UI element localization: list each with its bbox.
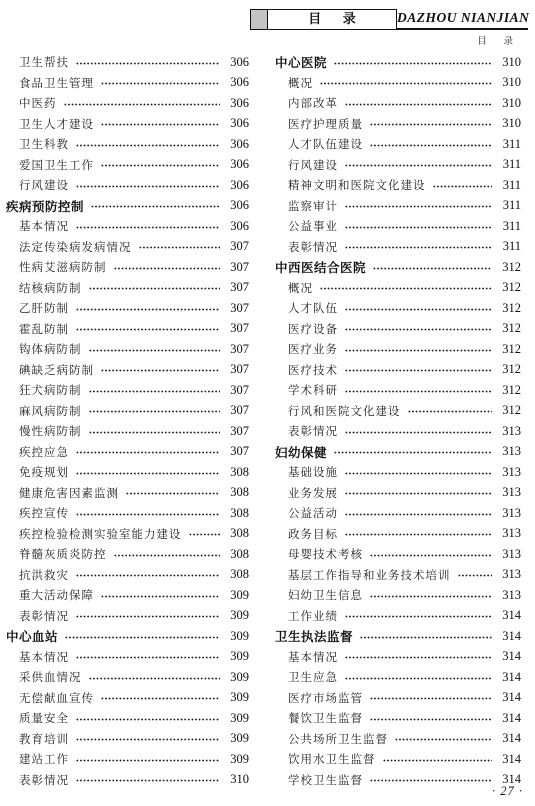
toc-entry: 业务发展313 — [275, 483, 521, 504]
toc-entry-page: 309 — [225, 731, 249, 746]
toc-entry-page: 314 — [497, 752, 521, 767]
dotted-leader — [101, 123, 220, 126]
toc-entry: 免疫规划308 — [6, 462, 249, 483]
toc-entry: 重大活动保障309 — [6, 585, 249, 606]
toc-entry-page: 308 — [225, 506, 249, 521]
toc-entry: 疾控应急307 — [6, 442, 249, 463]
toc-entry-title: 钩体病防制 — [6, 341, 82, 357]
toc-entry-title: 重大活动保障 — [6, 587, 94, 603]
dotted-leader — [320, 287, 492, 290]
dotted-leader — [345, 472, 492, 475]
toc-entry: 人才队伍建设311 — [275, 134, 521, 155]
dotted-leader — [345, 103, 492, 106]
toc-entry-page: 309 — [225, 608, 249, 623]
toc-entry-title: 卫生执法监督 — [275, 627, 353, 645]
toc-entry-page: 310 — [225, 772, 249, 787]
running-head-label: 目 录 — [470, 33, 520, 47]
toc-entry-title: 概况 — [275, 280, 313, 296]
toc-entry: 医疗业务312 — [275, 339, 521, 360]
dotted-leader — [370, 123, 492, 126]
dotted-leader — [76, 328, 220, 331]
toc-entry-title: 中西医结合医院 — [275, 258, 366, 276]
toc-entry-title: 业务发展 — [275, 485, 338, 501]
dotted-leader — [101, 369, 220, 372]
dotted-leader — [76, 718, 220, 721]
toc-entry: 法定传染病发病情况307 — [6, 237, 249, 258]
toc-entry-page: 311 — [497, 239, 521, 254]
dotted-leader — [76, 308, 220, 311]
toc-entry-page: 306 — [225, 96, 249, 111]
dotted-leader — [101, 164, 220, 167]
toc-entry-title: 监察审计 — [275, 198, 338, 214]
toc-entry: 餐饮卫生监督314 — [275, 708, 521, 729]
toc-entry-title: 采供血情况 — [6, 669, 82, 685]
toc-entry: 概况310 — [275, 73, 521, 94]
toc-entry: 质量安全309 — [6, 708, 249, 729]
toc-entry-title: 无偿献血宣传 — [6, 690, 94, 706]
toc-entry-title: 行风和医院文化建设 — [275, 403, 401, 419]
dotted-leader — [76, 779, 220, 782]
header-gray-cell — [251, 10, 268, 29]
toc-entry: 采供血情况309 — [6, 667, 249, 688]
dotted-leader — [345, 492, 492, 495]
dotted-leader — [345, 308, 492, 311]
toc-entry-title: 卫生帮扶 — [6, 54, 69, 70]
dotted-leader — [345, 615, 492, 618]
toc-entry: 疾控检验检测实验室能力建设308 — [6, 524, 249, 545]
toc-column-left: 卫生帮扶306食品卫生管理306中医药306卫生人才建设306卫生科教306爱国… — [6, 52, 249, 790]
dotted-leader — [383, 759, 493, 762]
toc-entry-page: 306 — [225, 157, 249, 172]
dotted-leader — [345, 349, 492, 352]
toc-entry-title: 乙肝防制 — [6, 300, 69, 316]
toc-entry-page: 311 — [497, 157, 521, 172]
book-title: DAZHOU NIANJIAN — [397, 10, 528, 26]
dotted-leader — [373, 267, 492, 270]
toc-entry-page: 313 — [497, 506, 521, 521]
toc-entry: 基础设施313 — [275, 462, 521, 483]
toc-entry: 公益事业311 — [275, 216, 521, 237]
toc-entry-page: 308 — [225, 567, 249, 582]
toc-entry-page: 306 — [225, 75, 249, 90]
toc-entry-title: 爱国卫生工作 — [6, 157, 94, 173]
toc-entry-title: 表彰情况 — [6, 608, 69, 624]
toc-entry-page: 307 — [225, 424, 249, 439]
toc-entry-title: 免疫规划 — [6, 464, 69, 480]
toc-entry: 脊髓灰质炎防控308 — [6, 544, 249, 565]
dotted-leader — [345, 431, 492, 434]
toc-entry-title: 饮用水卫生监督 — [275, 751, 376, 767]
toc-entry-title: 表彰情况 — [6, 772, 69, 788]
toc-entry-title: 表彰情况 — [275, 239, 338, 255]
toc-entry-page: 314 — [497, 670, 521, 685]
toc-entry: 妇幼卫生信息313 — [275, 585, 521, 606]
toc-entry-page: 307 — [225, 444, 249, 459]
dotted-leader — [114, 554, 221, 557]
toc-entry: 爱国卫生工作306 — [6, 155, 249, 176]
dotted-leader — [89, 431, 221, 434]
toc-entry-page: 307 — [225, 301, 249, 316]
toc-entry-page: 313 — [497, 526, 521, 541]
toc-entry-title: 结核病防制 — [6, 280, 82, 296]
dotted-leader — [360, 636, 492, 639]
toc-entry: 性病艾滋病防制307 — [6, 257, 249, 278]
toc-entry-page: 313 — [497, 444, 521, 459]
toc-entry-title: 医疗技术 — [275, 362, 338, 378]
dotted-leader — [370, 697, 492, 700]
toc-entry: 学术科研312 — [275, 380, 521, 401]
dotted-leader — [345, 164, 492, 167]
toc-entry: 麻风病防制307 — [6, 401, 249, 422]
toc-entry: 内部改革310 — [275, 93, 521, 114]
toc-entry-page: 311 — [497, 219, 521, 234]
toc-entry-page: 307 — [225, 260, 249, 275]
toc-entry: 无偿献血宣传309 — [6, 688, 249, 709]
toc-entry-title: 碘缺乏病防制 — [6, 362, 94, 378]
toc-entry-title: 内部改革 — [275, 95, 338, 111]
toc-entry: 表彰情况311 — [275, 237, 521, 258]
toc-entry-page: 309 — [225, 690, 249, 705]
dotted-leader — [65, 636, 220, 639]
toc-entry-page: 313 — [497, 465, 521, 480]
toc-entry-title: 质量安全 — [6, 710, 69, 726]
toc-entry-title: 霍乱防制 — [6, 321, 69, 337]
toc-entry-title: 建站工作 — [6, 751, 69, 767]
toc-entry-page: 306 — [225, 219, 249, 234]
toc-entry-title: 公共场所卫生监督 — [275, 731, 388, 747]
toc-entry-title: 行风建设 — [275, 157, 338, 173]
dotted-leader — [89, 390, 221, 393]
toc-entry-title: 医疗业务 — [275, 341, 338, 357]
toc-entry-title: 食品卫生管理 — [6, 75, 94, 91]
toc-entry: 医疗设备312 — [275, 319, 521, 340]
dotted-leader — [345, 390, 492, 393]
dotted-leader — [76, 759, 220, 762]
toc-entry-page: 309 — [225, 649, 249, 664]
toc-entry-page: 314 — [497, 711, 521, 726]
toc-entry-page: 307 — [225, 280, 249, 295]
page-number: · 27 · — [492, 784, 523, 799]
toc-entry: 慢性病防制307 — [6, 421, 249, 442]
toc-entry: 钩体病防制307 — [6, 339, 249, 360]
toc-entry-page: 308 — [225, 547, 249, 562]
toc-entry-title: 抗洪救灾 — [6, 567, 69, 583]
dotted-leader — [345, 513, 492, 516]
dotted-leader — [89, 677, 221, 680]
toc-entry-title: 医疗设备 — [275, 321, 338, 337]
dotted-leader — [370, 779, 492, 782]
toc-entry: 表彰情况309 — [6, 606, 249, 627]
toc-entry-page: 314 — [497, 731, 521, 746]
toc-entry: 碘缺乏病防制307 — [6, 360, 249, 381]
toc-entry: 学校卫生监督314 — [275, 770, 521, 791]
dotted-leader — [334, 451, 492, 454]
toc-entry-title: 基本情况 — [275, 649, 338, 665]
toc-entry-page: 308 — [225, 465, 249, 480]
toc-entry-title: 概况 — [275, 75, 313, 91]
toc-entry-title: 妇幼保健 — [275, 443, 327, 461]
toc-entry-page: 309 — [225, 670, 249, 685]
toc-entry: 概况312 — [275, 278, 521, 299]
dotted-leader — [345, 205, 492, 208]
toc-entry: 政务目标313 — [275, 524, 521, 545]
toc-section-entry: 卫生执法监督314 — [275, 626, 521, 647]
toc-entry-page: 311 — [497, 198, 521, 213]
toc-entry-title: 基层工作指导和业务技术培训 — [275, 567, 451, 583]
toc-entry: 基层工作指导和业务技术培训313 — [275, 565, 521, 586]
dotted-leader — [320, 82, 492, 85]
toc-entry-page: 314 — [497, 608, 521, 623]
toc-entry-page: 312 — [497, 260, 521, 275]
toc-entry-page: 307 — [225, 321, 249, 336]
toc-entry-page: 313 — [497, 567, 521, 582]
toc-entry: 基本情况309 — [6, 647, 249, 668]
toc-entry-title: 慢性病防制 — [6, 423, 82, 439]
dotted-leader — [433, 185, 493, 188]
toc-entry: 狂犬病防制307 — [6, 380, 249, 401]
dotted-leader — [126, 492, 220, 495]
toc-entry: 卫生科教306 — [6, 134, 249, 155]
toc-entry: 监察审计311 — [275, 196, 521, 217]
dotted-leader — [76, 62, 220, 65]
toc-entry-page: 306 — [225, 116, 249, 131]
toc-entry-page: 307 — [225, 239, 249, 254]
toc-entry-title: 基本情况 — [6, 218, 69, 234]
dotted-leader — [76, 574, 220, 577]
toc-entry-title: 基础设施 — [275, 464, 338, 480]
toc-entry-page: 312 — [497, 383, 521, 398]
toc-header-title: 目 录 — [268, 10, 396, 29]
toc-entry-page: 307 — [225, 403, 249, 418]
dotted-leader — [89, 287, 221, 290]
toc-section-entry: 妇幼保健313 — [275, 442, 521, 463]
toc-entry: 公共场所卫生监督314 — [275, 729, 521, 750]
toc-entry-title: 中医药 — [6, 95, 57, 111]
toc-entry: 教育培训309 — [6, 729, 249, 750]
dotted-leader — [370, 595, 492, 598]
toc-entry-title: 人才队伍建设 — [275, 136, 363, 152]
toc-entry-page: 312 — [497, 321, 521, 336]
dotted-leader — [89, 410, 221, 413]
toc-entry-title: 卫生人才建设 — [6, 116, 94, 132]
toc-entry-title: 公益活动 — [275, 505, 338, 521]
toc-entry-page: 307 — [225, 362, 249, 377]
dotted-leader — [76, 656, 220, 659]
toc-header-box: 目 录 — [250, 9, 397, 30]
toc-entry: 母婴技术考核313 — [275, 544, 521, 565]
dotted-leader — [139, 246, 221, 249]
toc-entry-title: 妇幼卫生信息 — [275, 587, 363, 603]
toc-entry-title: 法定传染病发病情况 — [6, 239, 132, 255]
dotted-leader — [345, 246, 492, 249]
toc-entry-title: 中心医院 — [275, 53, 327, 71]
toc-entry: 医疗护理质量310 — [275, 114, 521, 135]
toc-entry-title: 疾控宣传 — [6, 505, 69, 521]
toc-section-entry: 中西医结合医院312 — [275, 257, 521, 278]
toc-entry-page: 310 — [497, 96, 521, 111]
dotted-leader — [345, 226, 492, 229]
toc-entry: 建站工作309 — [6, 749, 249, 770]
toc-entry-title: 卫生科教 — [6, 136, 69, 152]
dotted-leader — [345, 677, 492, 680]
toc-entry-title: 性病艾滋病防制 — [6, 259, 107, 275]
toc-entry: 卫生人才建设306 — [6, 114, 249, 135]
toc-entry-page: 313 — [497, 424, 521, 439]
dotted-leader — [76, 513, 220, 516]
dotted-leader — [458, 574, 493, 577]
toc-entry-title: 工作业绩 — [275, 608, 338, 624]
dotted-leader — [89, 349, 221, 352]
toc-section-entry: 疾病预防控制306 — [6, 196, 249, 217]
dotted-leader — [76, 738, 220, 741]
toc-entry: 公益活动313 — [275, 503, 521, 524]
toc-entry-page: 310 — [497, 55, 521, 70]
toc-entry-page: 314 — [497, 649, 521, 664]
dotted-leader — [370, 144, 492, 147]
toc-entry-page: 307 — [225, 383, 249, 398]
toc-entry-title: 疾控应急 — [6, 444, 69, 460]
toc-entry-title: 餐饮卫生监督 — [275, 710, 363, 726]
toc-entry: 人才队伍312 — [275, 298, 521, 319]
toc-entry: 卫生应急314 — [275, 667, 521, 688]
toc-entry-page: 309 — [225, 711, 249, 726]
toc-entry: 疾控宣传308 — [6, 503, 249, 524]
toc-entry-page: 309 — [225, 588, 249, 603]
toc-entry: 抗洪救灾308 — [6, 565, 249, 586]
toc-entry: 表彰情况310 — [6, 770, 249, 791]
toc-entry-page: 312 — [497, 403, 521, 418]
toc-entry: 健康危害因素监测308 — [6, 483, 249, 504]
dotted-leader — [64, 103, 221, 106]
toc-entry: 行风建设311 — [275, 155, 521, 176]
toc-entry-title: 教育培训 — [6, 731, 69, 747]
toc-entry-page: 310 — [497, 75, 521, 90]
toc-entry-title: 健康危害因素监测 — [6, 485, 119, 501]
toc-entry: 基本情况314 — [275, 647, 521, 668]
toc-entry-title: 医疗市场监管 — [275, 690, 363, 706]
dotted-leader — [345, 533, 492, 536]
toc-entry-page: 308 — [225, 526, 249, 541]
toc-entry-title: 母婴技术考核 — [275, 546, 363, 562]
dotted-leader — [76, 185, 220, 188]
dotted-leader — [345, 369, 492, 372]
toc-entry-page: 313 — [497, 485, 521, 500]
toc-entry-page: 314 — [497, 629, 521, 644]
toc-entry-title: 医疗护理质量 — [275, 116, 363, 132]
dotted-leader — [395, 738, 492, 741]
toc-entry-title: 精神文明和医院文化建设 — [275, 177, 426, 193]
toc-entry-title: 学术科研 — [275, 382, 338, 398]
toc-entry: 乙肝防制307 — [6, 298, 249, 319]
toc-entry-title: 疾病预防控制 — [6, 197, 84, 215]
toc-entry-page: 306 — [225, 178, 249, 193]
toc-entry-title: 表彰情况 — [275, 423, 338, 439]
toc-entry: 卫生帮扶306 — [6, 52, 249, 73]
toc-entry-page: 306 — [225, 55, 249, 70]
toc-section-entry: 中心医院310 — [275, 52, 521, 73]
toc-entry: 行风建设306 — [6, 175, 249, 196]
dotted-leader — [76, 472, 220, 475]
dotted-leader — [408, 410, 493, 413]
dotted-leader — [76, 451, 220, 454]
toc-entry-page: 313 — [497, 588, 521, 603]
toc-column-right: 中心医院310概况310内部改革310医疗护理质量310人才队伍建设311行风建… — [275, 52, 521, 790]
toc-entry: 医疗市场监管314 — [275, 688, 521, 709]
toc-entry: 结核病防制307 — [6, 278, 249, 299]
toc-entry: 中医药306 — [6, 93, 249, 114]
toc-entry-page: 311 — [497, 178, 521, 193]
toc-entry-title: 狂犬病防制 — [6, 382, 82, 398]
toc-entry-page: 312 — [497, 342, 521, 357]
toc-entry-title: 麻风病防制 — [6, 403, 82, 419]
toc-entry-page: 310 — [497, 116, 521, 131]
dotted-leader — [76, 615, 220, 618]
dotted-leader — [101, 82, 220, 85]
toc-section-entry: 中心血站309 — [6, 626, 249, 647]
toc-entry-page: 311 — [497, 137, 521, 152]
toc-entry-page: 309 — [225, 629, 249, 644]
dotted-leader — [370, 554, 492, 557]
toc-entry-title: 政务目标 — [275, 526, 338, 542]
toc-entry-page: 308 — [225, 485, 249, 500]
dotted-leader — [101, 595, 220, 598]
dotted-leader — [345, 656, 492, 659]
toc-entry-title: 行风建设 — [6, 177, 69, 193]
toc-entry-page: 312 — [497, 280, 521, 295]
toc-entry: 食品卫生管理306 — [6, 73, 249, 94]
toc-entry-title: 疾控检验检测实验室能力建设 — [6, 526, 182, 542]
dotted-leader — [370, 718, 492, 721]
dotted-leader — [76, 144, 220, 147]
toc-entry: 饮用水卫生监督314 — [275, 749, 521, 770]
toc-entry-title: 人才队伍 — [275, 300, 338, 316]
toc-entry: 基本情况306 — [6, 216, 249, 237]
toc-entry-page: 309 — [225, 752, 249, 767]
dotted-leader — [345, 328, 492, 331]
dotted-leader — [189, 533, 221, 536]
toc-entry-page: 312 — [497, 362, 521, 377]
toc-entry: 霍乱防制307 — [6, 319, 249, 340]
dotted-leader — [114, 267, 221, 270]
toc-entry-title: 中心血站 — [6, 627, 58, 645]
toc-entry: 医疗技术312 — [275, 360, 521, 381]
toc-entry-title: 学校卫生监督 — [275, 772, 363, 788]
toc-entry-title: 基本情况 — [6, 649, 69, 665]
toc-entry: 工作业绩314 — [275, 606, 521, 627]
toc-entry: 行风和医院文化建设312 — [275, 401, 521, 422]
toc-entry: 表彰情况313 — [275, 421, 521, 442]
toc-entry-title: 卫生应急 — [275, 669, 338, 685]
toc-entry-page: 307 — [225, 342, 249, 357]
toc-entry: 精神文明和医院文化建设311 — [275, 175, 521, 196]
toc-entry-page: 314 — [497, 690, 521, 705]
toc-entry-title: 公益事业 — [275, 218, 338, 234]
toc-entry-page: 306 — [225, 198, 249, 213]
dotted-leader — [334, 62, 492, 65]
toc-entry-page: 313 — [497, 547, 521, 562]
dotted-leader — [91, 205, 220, 208]
toc-entry-title: 脊髓灰质炎防控 — [6, 546, 107, 562]
dotted-leader — [101, 697, 220, 700]
toc-entry-page: 312 — [497, 301, 521, 316]
toc-entry-page: 306 — [225, 137, 249, 152]
dotted-leader — [76, 226, 220, 229]
